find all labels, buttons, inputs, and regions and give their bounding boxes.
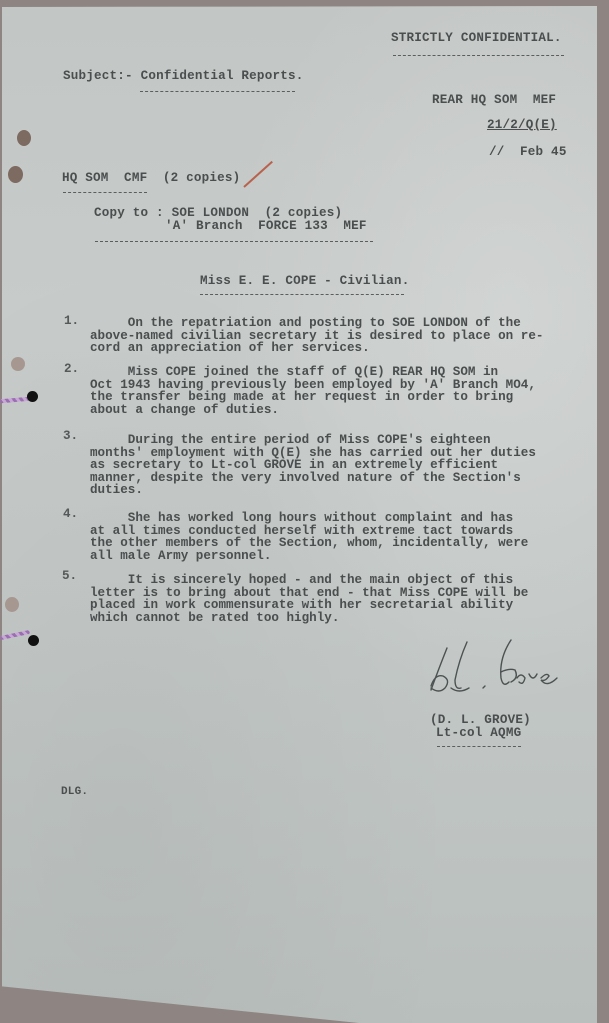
underline [63, 192, 147, 193]
paragraph-3: During the entire period of Miss COPE's … [90, 434, 560, 497]
paragraph-2: Miss COPE joined the staff of Q(E) REAR … [90, 366, 560, 416]
paragraph-line: the other members of the Section, whom, … [90, 537, 560, 550]
paragraph-line: During the entire period of Miss COPE's … [90, 434, 560, 447]
underline [200, 294, 404, 295]
underline [95, 241, 373, 242]
paragraph-number: 3. [63, 429, 78, 443]
subject-line: Subject:- Confidential Reports. [63, 70, 303, 83]
paragraph-line: the transfer being made at her request i… [90, 391, 560, 404]
paragraph-line: all male Army personnel. [90, 550, 560, 563]
addressee-to: HQ SOM CMF (2 copies) [62, 172, 240, 185]
paragraph-1: On the repatriation and posting to SOE L… [90, 317, 560, 355]
punch-hole [5, 597, 19, 612]
handwritten-signature [425, 638, 575, 698]
origin-address: REAR HQ SOM MEF [432, 94, 556, 107]
paragraph-number: 4. [63, 507, 78, 521]
punch-hole [17, 130, 31, 146]
punch-hole [8, 166, 23, 183]
punch-hole [11, 357, 25, 371]
paragraph-line: as secretary to Lt-col GROVE in an extre… [90, 459, 560, 472]
paragraph-line: cord an appreciation of her services. [90, 342, 560, 355]
typist-initials: DLG. [61, 786, 88, 799]
paragraph-line: It is sincerely hoped - and the main obj… [90, 574, 560, 587]
paragraph-line: duties. [90, 484, 560, 497]
binder-knot [28, 635, 39, 646]
underline [437, 746, 521, 747]
letter-date: // Feb 45 [489, 146, 567, 159]
classification-label: STRICTLY CONFIDENTIAL. [391, 32, 562, 45]
letter-title: Miss E. E. COPE - Civilian. [200, 275, 409, 288]
underline [393, 55, 564, 56]
signatory-rank: Lt-col AQMG [436, 727, 521, 740]
reference-number: 21/2/Q(E) [487, 119, 557, 132]
paragraph-5: It is sincerely hoped - and the main obj… [90, 574, 560, 624]
paragraph-line: manner, despite the very involved nature… [90, 472, 560, 485]
paragraph-line: placed in work commensurate with her sec… [90, 599, 560, 612]
paragraph-line: about a change of duties. [90, 404, 560, 417]
binder-knot [27, 391, 38, 402]
paragraph-line: which cannot be rated too highly. [90, 612, 560, 625]
paragraph-line: She has worked long hours without compla… [90, 512, 560, 525]
paragraph-number: 2. [64, 362, 79, 376]
paragraph-number: 5. [62, 569, 77, 583]
paragraph-4: She has worked long hours without compla… [90, 512, 560, 562]
paragraph-number: 1. [64, 314, 79, 328]
paragraph-line: Miss COPE joined the staff of Q(E) REAR … [90, 366, 560, 379]
underline [140, 91, 295, 92]
paragraph-line: On the repatriation and posting to SOE L… [90, 317, 560, 330]
copy-to-line-2: 'A' Branch FORCE 133 MEF [94, 220, 367, 233]
